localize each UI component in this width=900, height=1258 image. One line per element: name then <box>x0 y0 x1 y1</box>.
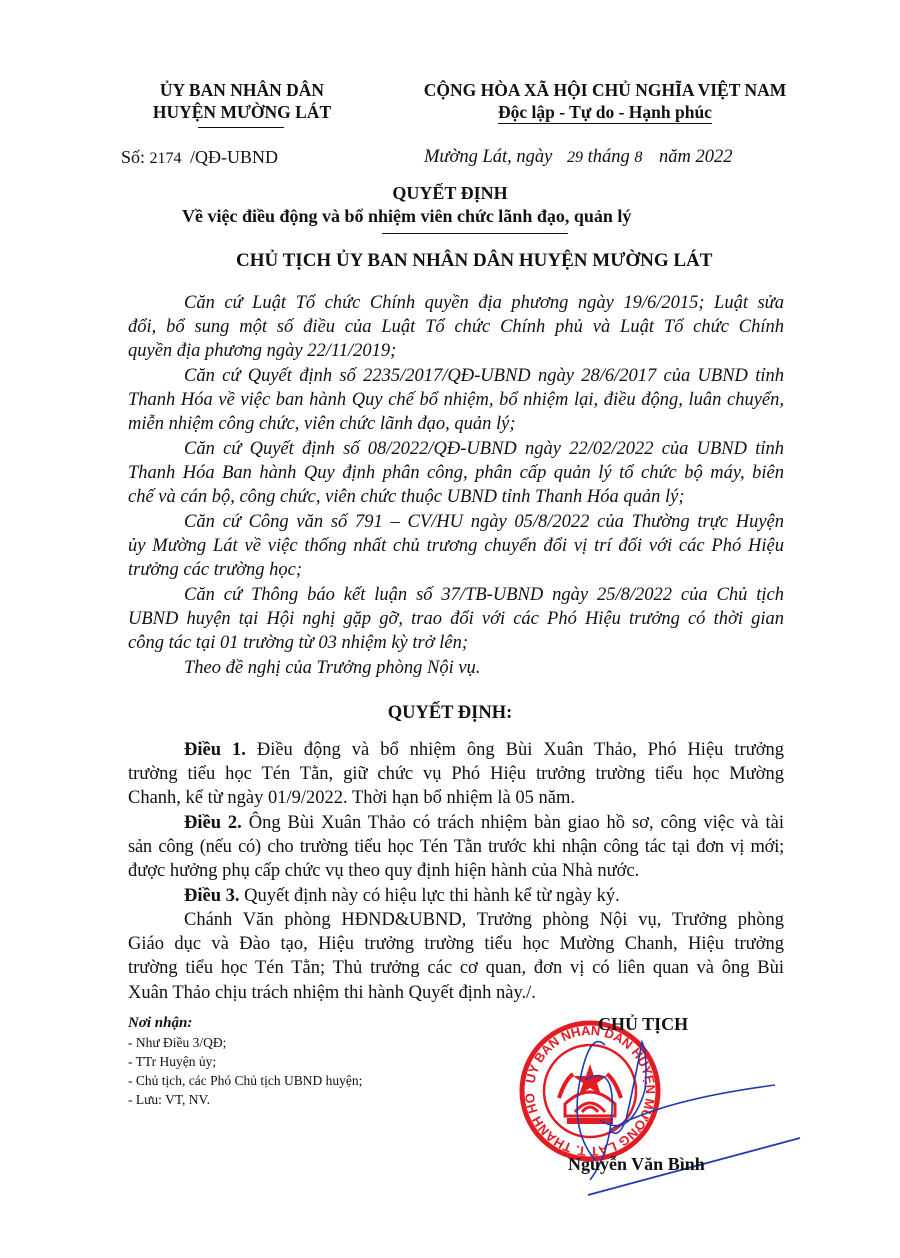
legal-basis-line: Căn cứ Thông báo kết luận số 37/TB-UBND … <box>128 583 784 607</box>
article-3: Điều 3. Quyết định này có hiệu lực thi h… <box>128 884 784 908</box>
article-line: sản công (nếu có) cho trường tiểu học Té… <box>128 835 784 859</box>
article-text: Điều động và bổ nhiệm ông Bùi Xuân Thảo,… <box>246 740 784 760</box>
nation-motto: Độc lập - Tự do - Hạnh phúc <box>395 102 815 123</box>
issuing-authority: CHỦ TỊCH ỦY BAN NHÂN DÂN HUYỆN MƯỜNG LÁT <box>236 250 712 272</box>
legal-basis-line: trưởng các trường học; <box>128 558 784 582</box>
legal-basis-line: chế và cán bộ, công chức, viên chức thuộ… <box>128 485 784 509</box>
article-line: Điều 1. Điều động và bổ nhiệm ông Bùi Xu… <box>128 738 784 762</box>
recipients: Nơi nhận: - Như Điều 3/QĐ; - TTr Huyện ủ… <box>128 1014 362 1109</box>
legal-basis-line: UBND huyện tại Hội nghị gặp gỡ, trao đổi… <box>128 607 784 631</box>
recipient-item: - TTr Huyện ủy; <box>128 1052 362 1071</box>
article-2: Điều 2. Ông Bùi Xuân Thảo có trách nhiệm… <box>128 811 784 884</box>
recipient-item: - Chủ tịch, các Phó Chủ tịch UBND huyện; <box>128 1071 362 1090</box>
doc-day: 29 <box>567 149 583 166</box>
recipient-item: - Như Điều 3/QĐ; <box>128 1033 362 1052</box>
doc-month-label: tháng <box>588 147 630 167</box>
legal-basis-line: ủy Mường Lát về việc thống nhất chủ trươ… <box>128 534 784 558</box>
signer-title: CHỦ TỊCH <box>598 1014 688 1035</box>
legal-basis-3: Căn cứ Quyết định số 08/2022/QĐ-UBND ngà… <box>128 437 784 510</box>
legal-basis-1: Căn cứ Luật Tổ chức Chính quyền địa phươ… <box>128 291 784 364</box>
article-label: Điều 1. <box>184 740 246 760</box>
decision-heading: QUYẾT ĐỊNH: <box>0 703 900 724</box>
doc-number-value: 2174 <box>150 150 182 167</box>
legal-basis-line: Căn cứ Quyết định số 2235/2017/QĐ-UBND n… <box>128 364 784 388</box>
legal-basis-line: Thanh Hóa Ban hành Quy định phân công, p… <box>128 461 784 485</box>
article-text: Quyết định này có hiệu lực thi hành kể t… <box>240 886 620 906</box>
subject-underline <box>382 233 568 234</box>
legal-basis-5: Căn cứ Thông báo kết luận số 37/TB-UBND … <box>128 583 784 656</box>
article-line: Điều 3. Quyết định này có hiệu lực thi h… <box>128 884 784 908</box>
article-line: trường tiểu học Tén Tằn, giữ chức vụ Phó… <box>128 762 784 786</box>
doc-number-prefix: Số: <box>121 147 145 167</box>
article-line: Chanh, kể từ ngày 01/9/2022. Thời hạn bổ… <box>128 786 784 810</box>
agency-name-line2: HUYỆN MƯỜNG LÁT <box>112 102 372 123</box>
signer-name: Nguyễn Văn Bình <box>568 1154 705 1175</box>
document-subject: Về việc điều động và bổ nhiệm viên chức … <box>182 206 631 227</box>
legal-basis-line: Căn cứ Luật Tổ chức Chính quyền địa phươ… <box>128 291 784 315</box>
legal-basis-line: quyền địa phương ngày 22/11/2019; <box>128 339 784 363</box>
doc-month: 8 <box>634 149 642 166</box>
article-line: Điều 2. Ông Bùi Xuân Thảo có trách nhiệm… <box>128 811 784 835</box>
agency-name-line1: ỦY BAN NHÂN DÂN <box>112 80 372 101</box>
article-line: Giáo dục và Đào tạo, Hiệu trưởng trường … <box>128 932 784 956</box>
nation-motto-text: Độc lập - Tự do - Hạnh phúc <box>498 102 712 124</box>
article-line: Chánh Văn phòng HĐND&UBND, Trưởng phòng … <box>128 908 784 932</box>
article-1: Điều 1. Điều động và bổ nhiệm ông Bùi Xu… <box>128 738 784 811</box>
doc-place: Mường Lát, ngày <box>424 147 552 167</box>
article-label: Điều 2. <box>184 813 242 833</box>
legal-basis-line: Căn cứ Công văn số 791 – CV/HU ngày 05/8… <box>128 510 784 534</box>
article-text: Ông Bùi Xuân Thảo có trách nhiệm bàn gia… <box>242 813 784 833</box>
article-label: Điều 3. <box>184 886 240 906</box>
article-line: được hưởng phụ cấp chức vụ theo quy định… <box>128 859 784 883</box>
doc-number: Số: 2174 /QĐ-UBND <box>121 147 278 168</box>
legal-basis-4: Căn cứ Công văn số 791 – CV/HU ngày 05/8… <box>128 510 784 583</box>
legal-basis-6: Theo đề nghị của Trưởng phòng Nội vụ. <box>128 656 784 680</box>
recipient-item: - Lưu: VT, NV. <box>128 1090 362 1109</box>
legal-basis-line: Thanh Hóa về việc ban hành Quy chế bổ nh… <box>128 388 784 412</box>
agency-underline <box>198 127 284 128</box>
legal-basis-line: miễn nhiệm công chức, viên chức lãnh đạo… <box>128 412 784 436</box>
article-execution: Chánh Văn phòng HĐND&UBND, Trưởng phòng … <box>128 908 784 1005</box>
legal-basis-line: Căn cứ Quyết định số 08/2022/QĐ-UBND ngà… <box>128 437 784 461</box>
legal-basis-line: Theo đề nghị của Trưởng phòng Nội vụ. <box>128 656 784 680</box>
document-title: QUYẾT ĐỊNH <box>0 183 900 204</box>
article-line: trường tiểu học Tén Tằn; Thủ trưởng các … <box>128 956 784 980</box>
doc-year: năm 2022 <box>659 147 733 167</box>
doc-date: Mường Lát, ngày 29 tháng 8 năm 2022 <box>424 147 733 168</box>
doc-number-suffix: /QĐ-UBND <box>190 147 278 167</box>
legal-basis-2: Căn cứ Quyết định số 2235/2017/QĐ-UBND n… <box>128 364 784 437</box>
legal-basis-line: đổi, bổ sung một số điều của Luật Tổ chứ… <box>128 315 784 339</box>
legal-basis-line: công tác tại 01 trường từ 03 nhiệm kỳ tr… <box>128 631 784 655</box>
recipients-heading: Nơi nhận: <box>128 1014 362 1033</box>
nation-name: CỘNG HÒA XÃ HỘI CHỦ NGHĨA VIỆT NAM <box>395 80 815 101</box>
article-line: Xuân Thảo chịu trách nhiệm thi hành Quyế… <box>128 981 784 1005</box>
